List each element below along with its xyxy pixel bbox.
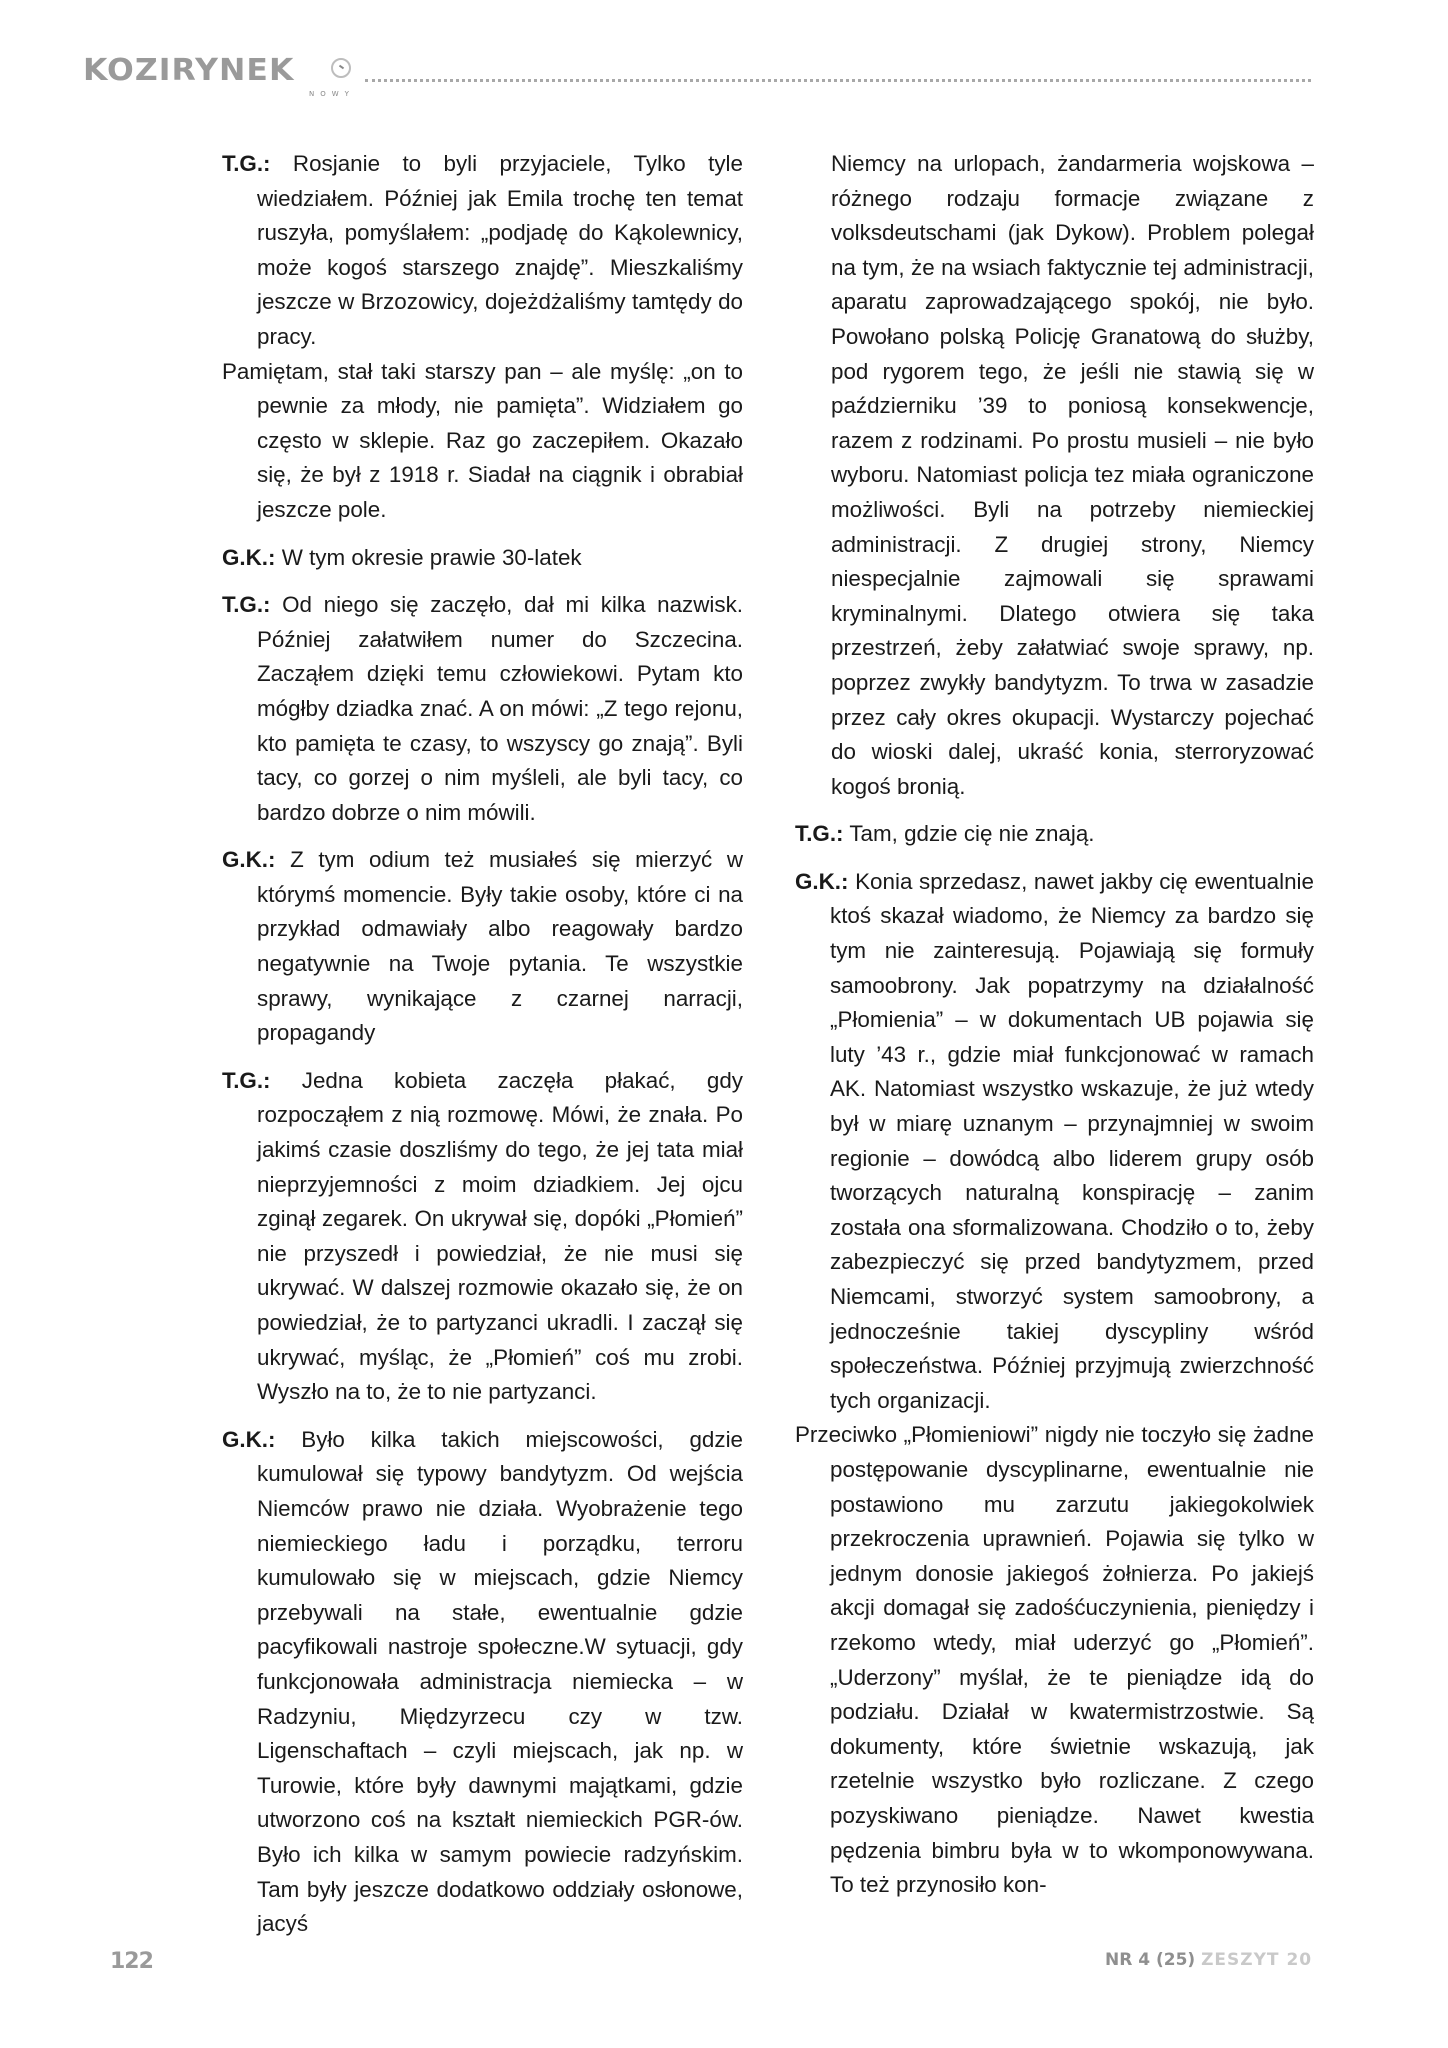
header-dotted-rule	[365, 79, 1311, 82]
interview-paragraph: T.G.: Jedna kobieta zaczęła płakać, gdy …	[222, 1064, 743, 1410]
interview-paragraph: G.K.: Konia sprzedasz, nawet jakby cię e…	[795, 865, 1314, 1419]
right-text-column: Niemcy na urlopach, żandarmeria wojskowa…	[795, 147, 1314, 1916]
issue-label: NR 4 (25) ZESZYT 20	[1105, 1950, 1312, 1970]
interview-paragraph: G.K.: Z tym odium też musiałeś się mierz…	[222, 843, 743, 1051]
paragraph-text: Niemcy na urlopach, żandarmeria wojskowa…	[831, 151, 1314, 799]
speaker-label: G.K.:	[222, 545, 275, 570]
paragraph-text: Rosjanie to byli przyjaciele, Tylko tyle…	[257, 151, 743, 349]
paragraph-text: Konia sprzedasz, nawet jakby cię ewentua…	[830, 869, 1314, 1413]
speaker-label: T.G.:	[222, 592, 271, 617]
interview-paragraph: T.G.: Tam, gdzie cię nie znają.	[795, 817, 1314, 852]
speaker-label: T.G.:	[222, 151, 271, 176]
magazine-logo: KOZIRYNEK	[83, 56, 294, 86]
speaker-label: G.K.:	[222, 847, 275, 872]
interview-paragraph: G.K.: W tym okresie prawie 30-latek	[222, 541, 743, 576]
page-header: KOZIRYNEK NOWY	[83, 52, 1313, 102]
paragraph-text: Było kilka takich miejscowości, gdzie ku…	[257, 1427, 743, 1936]
clock-emblem-icon	[331, 58, 351, 78]
left-text-column: T.G.: Rosjanie to byli przyjaciele, Tylk…	[222, 147, 743, 1955]
interview-paragraph: T.G.: Od niego się zaczęło, dał mi kilka…	[222, 588, 743, 830]
paragraph-text: Jedna kobieta zaczęła płakać, gdy rozpoc…	[257, 1068, 743, 1404]
interview-paragraph-continued: Niemcy na urlopach, żandarmeria wojskowa…	[795, 147, 1314, 804]
paragraph-text: Z tym odium też musiałeś się mierzyć w k…	[257, 847, 743, 1045]
speaker-label: G.K.:	[795, 869, 848, 894]
magazine-logo-subtitle: NOWY	[309, 90, 355, 98]
paragraph-text: Tam, gdzie cię nie znają.	[849, 821, 1094, 846]
speaker-label: T.G.:	[222, 1068, 271, 1093]
paragraph-text: Pamiętam, stał taki starszy pan – ale my…	[222, 359, 743, 522]
paragraph-text: Od niego się zaczęło, dał mi kilka nazwi…	[257, 592, 743, 825]
interview-paragraph: G.K.: Było kilka takich miejscowości, gd…	[222, 1423, 743, 1942]
interview-paragraph: T.G.: Rosjanie to byli przyjaciele, Tylk…	[222, 147, 743, 355]
page-number: 122	[110, 1949, 153, 1974]
issue-number: NR 4 (25)	[1105, 1950, 1195, 1970]
interview-paragraph: Przeciwko „Płomieniowi” nigdy nie toczył…	[795, 1418, 1314, 1902]
issue-volume: ZESZYT 20	[1201, 1950, 1312, 1970]
speaker-label: T.G.:	[795, 821, 844, 846]
speaker-label: G.K.:	[222, 1427, 275, 1452]
paragraph-text: Przeciwko „Płomieniowi” nigdy nie toczył…	[795, 1422, 1314, 1897]
interview-paragraph: Pamiętam, stał taki starszy pan – ale my…	[222, 355, 743, 528]
paragraph-text: W tym okresie prawie 30-latek	[282, 545, 582, 570]
